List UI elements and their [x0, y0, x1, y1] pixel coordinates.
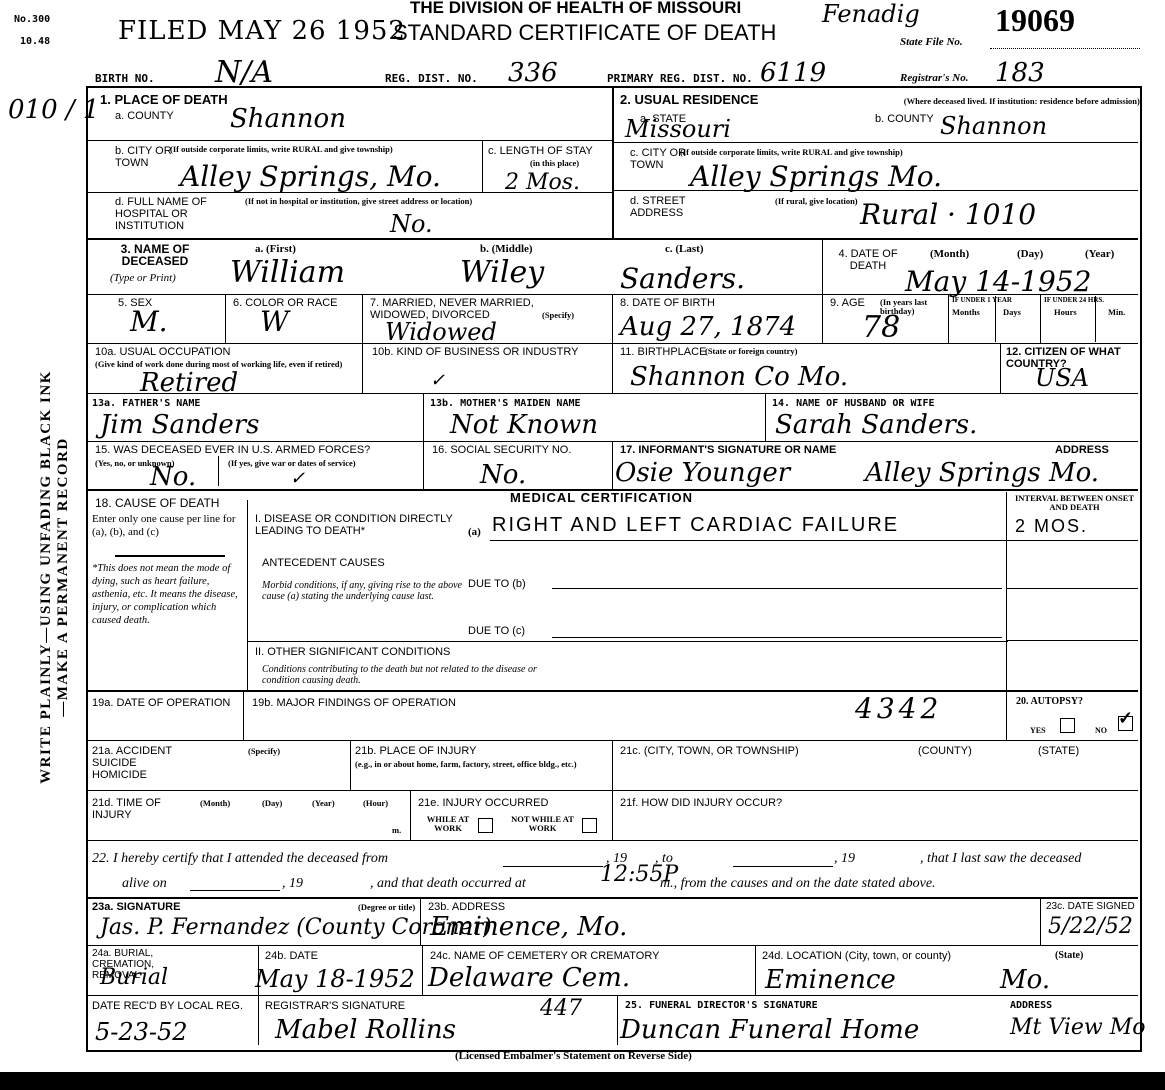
- operation-date-label: 19a. DATE OF OPERATION: [92, 697, 232, 709]
- injury-state-label: (STATE): [1038, 745, 1079, 757]
- ur-county-value[interactable]: Shannon: [940, 112, 1047, 140]
- informant-address-label: ADDRESS: [1055, 444, 1109, 456]
- autopsy-yes-label: YES: [1030, 726, 1046, 735]
- informant-address-value[interactable]: Alley Springs Mo.: [865, 458, 1099, 488]
- minutes-label: Min.: [1108, 308, 1125, 317]
- burial-state-value[interactable]: Mo.: [1000, 965, 1050, 995]
- interval-label: INTERVAL BETWEEN ONSET AND DEATH: [1012, 494, 1137, 512]
- burial-date-label: 24b. DATE: [265, 950, 318, 962]
- dod-day-label: (Day): [1017, 250, 1043, 259]
- under-24-hours-label: IF UNDER 24 HRS.: [1044, 296, 1139, 305]
- usual-residence-note: (Where deceased lived. If institution: r…: [822, 97, 1142, 106]
- burial-location-label: 24d. LOCATION (City, town, or county): [762, 950, 951, 962]
- date-signed-label: 23c. DATE SIGNED: [1046, 901, 1135, 913]
- deceased-name-note: (Type or Print): [110, 272, 176, 285]
- autopsy-no-label: NO: [1095, 726, 1107, 735]
- form-revision: 10.48: [20, 36, 50, 47]
- date-signed-value[interactable]: 5/22/52: [1048, 914, 1133, 939]
- birth-no-value[interactable]: N/A: [215, 55, 273, 90]
- date-received-value[interactable]: 5-23-52: [95, 1018, 188, 1046]
- birthplace-note: (State or foreign country): [705, 347, 797, 356]
- injury-city-label: 21c. (CITY, TOWN, OR TOWNSHIP): [620, 745, 799, 757]
- pod-county-value[interactable]: Shannon: [230, 104, 346, 134]
- registrar-signature-label: REGISTRAR'S SIGNATURE: [265, 1000, 405, 1012]
- while-at-work-checkbox[interactable]: [478, 818, 493, 833]
- pod-hospital-label: d. FULL NAME OF HOSPITAL OR INSTITUTION: [115, 196, 235, 232]
- ur-state-value[interactable]: Missouri: [625, 115, 731, 143]
- ur-county-label: b. COUNTY: [875, 113, 934, 125]
- sex-value[interactable]: M.: [130, 305, 168, 338]
- pod-hospital-note: (If not in hospital or institution, give…: [245, 197, 472, 206]
- business-label: 10b. KIND OF BUSINESS OR INDUSTRY: [372, 346, 602, 358]
- margin-instruction: WRITE PLAINLY—USING UNFADING BLACK INK—M…: [38, 362, 72, 792]
- certify-line1-a: 22. I hereby certify that I attended the…: [92, 852, 388, 865]
- business-value[interactable]: ✓: [430, 370, 445, 391]
- filed-stamp: FILED MAY 26 1952: [118, 16, 406, 46]
- birth-no-label: BIRTH NO.: [95, 72, 155, 85]
- dod-year-label: (Year): [1085, 250, 1114, 259]
- antecedent-causes-label: ANTECEDENT CAUSES: [262, 557, 385, 569]
- how-injury-label: 21f. HOW DID INJURY OCCUR?: [620, 797, 782, 809]
- ur-city-note: (If outside corporate limits, write RURA…: [680, 148, 903, 157]
- signature-label: 23a. SIGNATURE: [92, 901, 180, 913]
- primary-reg-dist-label: PRIMARY REG. DIST. NO.: [607, 72, 753, 85]
- state-file-number: 19069: [995, 2, 1075, 39]
- injury-day-label: (Day): [262, 799, 282, 808]
- cemetery-value[interactable]: Delaware Cem.: [428, 963, 630, 993]
- autopsy-label: 20. AUTOPSY?: [1016, 697, 1083, 706]
- primary-reg-dist-value[interactable]: 6119: [760, 58, 826, 88]
- other-conditions-label: II. OTHER SIGNIFICANT CONDITIONS: [255, 646, 450, 658]
- certificate-title: STANDARD CERTIFICATE OF DEATH: [393, 20, 776, 46]
- cert-address-value[interactable]: Eminence, Mo.: [430, 912, 627, 942]
- burial-state-label: (State): [1055, 951, 1083, 960]
- embalmer-footer: (Licensed Embalmer's Statement on Revers…: [455, 1050, 692, 1062]
- registrar-no-value[interactable]: 183: [995, 58, 1045, 88]
- date-received-label: DATE REC'D BY LOCAL REG.: [92, 1000, 252, 1012]
- certify-line2-b: , 19: [282, 877, 303, 890]
- pod-county-label: a. COUNTY: [115, 110, 174, 122]
- funeral-address-label: ADDRESS: [1010, 1000, 1052, 1011]
- middle-name-value[interactable]: Wiley: [460, 255, 544, 290]
- funeral-director-label: 25. FUNERAL DIRECTOR'S SIGNATURE: [625, 1000, 818, 1011]
- pod-city-note: (If outside corporate limits, write RURA…: [170, 145, 460, 154]
- ur-street-note: (If rural, give location): [775, 197, 858, 206]
- certify-line2-c: , and that death occurred at: [370, 877, 526, 890]
- first-name-value[interactable]: William: [230, 255, 345, 290]
- cause-footnote: *This does not mean the mode of dying, s…: [92, 562, 242, 627]
- dod-month-label: (Month): [930, 250, 969, 259]
- citizenship-value[interactable]: USA: [1035, 364, 1089, 392]
- clerk-initials: Fenadig: [822, 0, 920, 28]
- while-at-work-label: WHILE AT WORK: [418, 815, 478, 833]
- autopsy-no-check-icon: ✓: [1118, 708, 1133, 729]
- funeral-address-value[interactable]: Mt View Mo: [1010, 1015, 1146, 1040]
- injury-m-label: m.: [392, 826, 401, 835]
- war-service-value[interactable]: ✓: [290, 468, 305, 489]
- scan-border: [0, 1072, 1165, 1090]
- armed-forces-value[interactable]: No.: [150, 462, 196, 492]
- not-at-work-label: NOT WHILE AT WORK: [510, 815, 575, 833]
- division-title: THE DIVISION OF HEALTH OF MISSOURI: [410, 0, 741, 18]
- registrar-signature-value[interactable]: Mabel Rollins: [275, 1015, 456, 1045]
- due-to-c-label: DUE TO (c): [468, 625, 525, 637]
- autopsy-yes-checkbox[interactable]: [1060, 718, 1075, 733]
- pod-city-value[interactable]: Alley Springs, Mo.: [180, 160, 441, 193]
- days-label: Days: [1003, 308, 1021, 317]
- informant-value[interactable]: Osie Younger: [615, 458, 790, 488]
- father-name-value[interactable]: Jim Sanders: [100, 410, 260, 440]
- mother-name-value[interactable]: Not Known: [450, 410, 598, 440]
- form-number: No.300: [14, 14, 50, 25]
- degree-label: (Degree or title): [358, 903, 415, 912]
- pod-stay-note: (in this place): [530, 159, 579, 168]
- birthplace-label: 11. BIRTHPLACE: [620, 346, 706, 358]
- funeral-director-value[interactable]: Duncan Funeral Home: [620, 1015, 919, 1045]
- spouse-name-label: 14. NAME OF HUSBAND OR WIFE: [772, 398, 935, 409]
- state-file-label: State File No.: [900, 36, 963, 49]
- accident-specify-label: (Specify): [248, 747, 280, 756]
- injury-year-label: (Year): [312, 799, 335, 808]
- dob-label: 8. DATE OF BIRTH: [620, 297, 715, 309]
- marital-note: (Specify): [542, 311, 574, 320]
- due-to-b-label: DUE TO (b): [468, 578, 526, 590]
- place-of-injury-note: (e.g., in or about home, farm, factory, …: [355, 760, 605, 769]
- cause-a-label: (a): [468, 528, 481, 537]
- not-at-work-checkbox[interactable]: [582, 818, 597, 833]
- place-of-death-label: 1. PLACE OF DEATH: [100, 94, 228, 106]
- pod-hospital-value[interactable]: No.: [390, 210, 433, 238]
- under-one-year-label: IF UNDER 1 YEAR: [952, 296, 1032, 305]
- code-value: 4342: [855, 692, 942, 725]
- marital-value[interactable]: Widowed: [385, 318, 497, 346]
- father-name-label: 13a. FATHER'S NAME: [92, 398, 200, 409]
- hours-label: Hours: [1054, 308, 1077, 317]
- middle-name-label: b. (Middle): [480, 245, 533, 254]
- age-label: 9. AGE: [830, 297, 865, 309]
- occupation-label: 10a. USUAL OCCUPATION: [95, 346, 231, 358]
- injury-hour-label: (Hour): [363, 799, 388, 808]
- registrar-number: 447: [540, 996, 582, 1021]
- certify-line1-e: , that I last saw the deceased: [920, 852, 1081, 865]
- last-name-value[interactable]: Sanders.: [620, 262, 745, 295]
- dob-value[interactable]: Aug 27, 1874: [620, 312, 796, 342]
- first-name-label: a. (First): [255, 245, 296, 254]
- antecedent-note: Morbid conditions, if any, giving rise t…: [262, 580, 467, 602]
- deceased-name-label: 3. NAME OF DECEASED: [100, 243, 210, 267]
- dod-label: 4. DATE OF DEATH: [838, 248, 898, 272]
- ur-street-value[interactable]: Rural · 1010: [860, 198, 1036, 231]
- ssn-value[interactable]: No.: [480, 460, 526, 490]
- months-label: Months: [952, 308, 980, 317]
- certify-line2-d: m., from the causes and on the date stat…: [660, 877, 936, 890]
- reg-dist-label: REG. DIST. NO.: [385, 72, 478, 85]
- cemetery-label: 24c. NAME OF CEMETERY OR CREMATORY: [430, 950, 659, 962]
- other-conditions-note: Conditions contributing to the death but…: [262, 664, 552, 686]
- operation-findings-label: 19b. MAJOR FINDINGS OF OPERATION: [252, 697, 456, 709]
- last-name-label: c. (Last): [665, 245, 704, 254]
- ur-street-label: d. STREET ADDRESS: [630, 195, 710, 219]
- mother-name-label: 13b. MOTHER'S MAIDEN NAME: [430, 398, 581, 409]
- registrar-no-label: Registrar's No.: [900, 72, 968, 85]
- place-of-injury-label: 21b. PLACE OF INJURY: [355, 745, 476, 757]
- race-value[interactable]: W: [260, 305, 289, 338]
- burial-location-value[interactable]: Eminence: [765, 965, 896, 995]
- injury-month-label: (Month): [200, 799, 230, 808]
- burial-type-value[interactable]: Burial: [100, 965, 168, 990]
- ur-city-value[interactable]: Alley Springs Mo.: [690, 160, 942, 193]
- spouse-name-value[interactable]: Sarah Sanders.: [775, 410, 977, 440]
- armed-forces-label: 15. WAS DECEASED EVER IN U.S. ARMED FORC…: [95, 444, 425, 456]
- cause-of-death-label: 18. CAUSE OF DEATH: [95, 497, 219, 509]
- age-value[interactable]: 78: [862, 310, 900, 345]
- medical-certification-heading: MEDICAL CERTIFICATION: [510, 492, 693, 504]
- certify-line1-d: , 19: [834, 852, 855, 865]
- injury-county-label: (COUNTY): [918, 745, 972, 757]
- war-service-note: (If yes, give war or dates of service): [228, 459, 356, 468]
- interval-a-value[interactable]: 2 MOS.: [1015, 516, 1088, 537]
- usual-residence-label: 2. USUAL RESIDENCE: [620, 94, 758, 106]
- certify-line2-a: alive on: [122, 877, 167, 890]
- pod-stay-label: c. LENGTH OF STAY: [488, 145, 608, 157]
- injury-occurred-label: 21e. INJURY OCCURRED: [418, 797, 548, 809]
- accident-label: 21a. ACCIDENT SUICIDE HOMICIDE: [92, 745, 192, 781]
- birthplace-value[interactable]: Shannon Co Mo.: [630, 362, 848, 392]
- cause-instruction: Enter only one cause per line for (a), (…: [92, 513, 242, 539]
- cause-a-value[interactable]: RIGHT AND LEFT CARDIAC FAILURE: [492, 514, 899, 537]
- time-of-injury-label: 21d. TIME OF INJURY: [92, 797, 172, 821]
- disease-label: I. DISEASE OR CONDITION DIRECTLY LEADING…: [255, 513, 465, 537]
- ssn-label: 16. SOCIAL SECURITY NO.: [432, 444, 602, 456]
- informant-label: 17. INFORMANT'S SIGNATURE OR NAME: [620, 444, 836, 456]
- burial-date-value[interactable]: May 18-1952: [255, 965, 415, 993]
- reg-dist-value[interactable]: 336: [508, 58, 558, 88]
